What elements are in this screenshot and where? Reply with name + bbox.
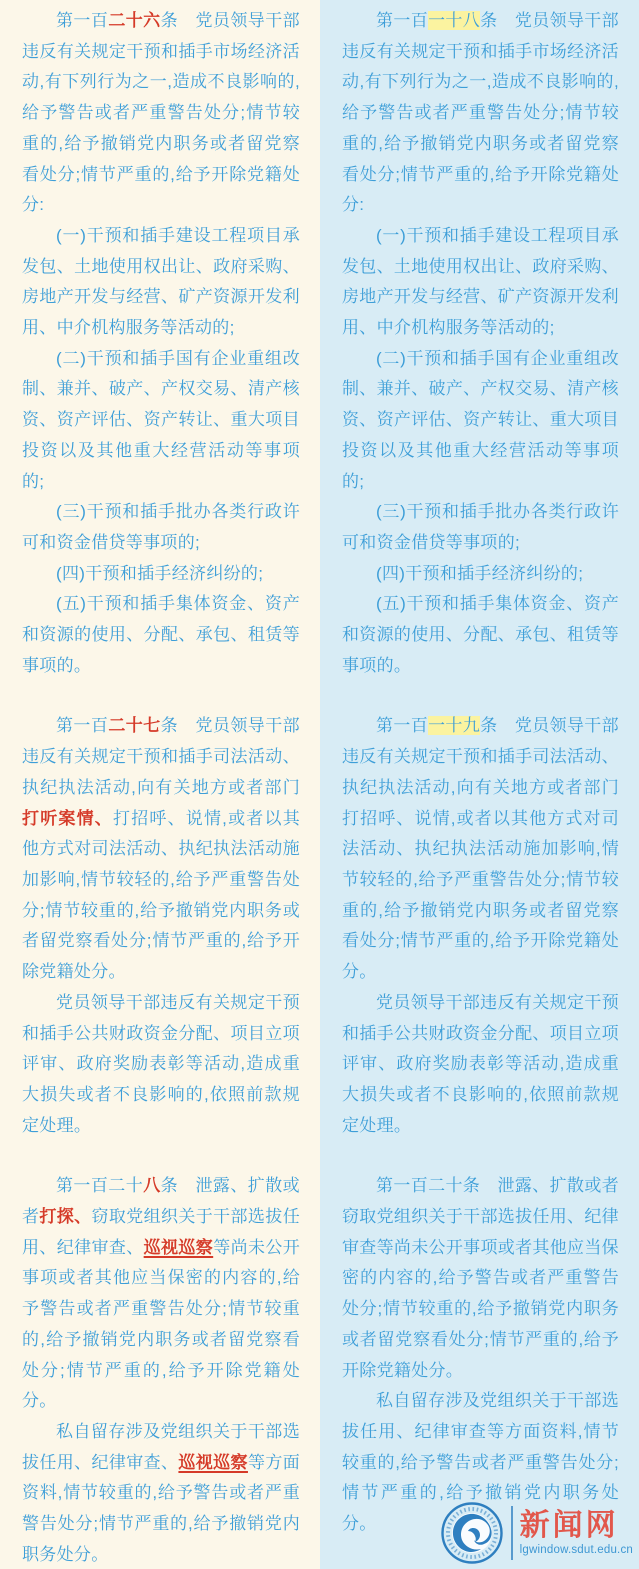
text-run: 条 <box>161 716 196 735</box>
text-run: (一)干预和插手建设工程项目承发包、土地使用权出让、政府采购、房地产开发与经营、… <box>342 226 619 337</box>
text-run: (二)干预和插手国有企业重组改制、兼并、破产、产权交易、清产核资、资产评估、资产… <box>342 349 619 491</box>
red-emphasis-run: 二十七 <box>108 716 160 735</box>
right-column-previous-regulation-text: 新闻网 lgwindow.sdut.edu.cn 第一百一十八条 党员领导干部违… <box>320 0 639 1569</box>
text-run: 条 <box>161 1176 196 1195</box>
watermark-text-block: 新闻网 lgwindow.sdut.edu.cn <box>520 1509 633 1557</box>
red-underlined-emphasis-run: 巡视巡察 <box>178 1453 248 1472</box>
paragraph: (五)干预和插手集体资金、资产和资源的使用、分配、承包、租赁等事项的。 <box>342 589 619 681</box>
paragraph: 第一百二十七条 党员领导干部违反有关规定干预和插手司法活动、执纪执法活动,向有关… <box>22 711 300 987</box>
paragraph: (二)干预和插手国有企业重组改制、兼并、破产、产权交易、清产核资、资产评估、资产… <box>342 344 619 498</box>
paragraph: (三)干预和插手批办各类行政许可和资金借贷等事项的; <box>342 497 619 558</box>
text-run: 党员领导干部违反有关规定干预和插手市场经济活动,有下列行为之一,造成不良影响的,… <box>342 11 619 214</box>
site-name: 新闻网 <box>520 1509 619 1543</box>
text-run: 第一百 <box>56 11 108 30</box>
text-run: 条 <box>161 11 196 30</box>
text-run: 党员领导干部违反有关规定干预和插手司法活动、执纪执法活动,向有关地方或者部门打招… <box>342 716 619 981</box>
paragraph: 私自留存涉及党组织关于干部选拔任用、纪律审查、巡视巡察等方面资料,情节较重的,给… <box>22 1417 300 1569</box>
text-run: 条 <box>480 11 515 30</box>
paragraph: (三)干预和插手批办各类行政许可和资金借贷等事项的; <box>22 497 300 558</box>
red-emphasis-run: 打探、 <box>39 1207 91 1226</box>
yellow-highlight-run: 一十八 <box>428 11 480 30</box>
text-run: 第一百二十 <box>56 1176 143 1195</box>
paragraph: 第一百二十六条 党员领导干部违反有关规定干预和插手市场经济活动,有下列行为之一,… <box>22 6 300 221</box>
text-run: (三)干预和插手批办各类行政许可和资金借贷等事项的; <box>342 502 619 552</box>
yellow-highlight-run: 一十九 <box>428 716 480 735</box>
paragraph: 党员领导干部违反有关规定干预和插手公共财政资金分配、项目立项评审、政府奖励表彰等… <box>22 988 300 1142</box>
paragraph: 第一百一十八条 党员领导干部违反有关规定干预和插手市场经济活动,有下列行为之一,… <box>342 6 619 221</box>
text-run: 党员领导干部违反有关规定干预和插手市场经济活动,有下列行为之一,造成不良影响的,… <box>22 11 300 214</box>
red-emphasis-run: 打听案情、 <box>22 809 113 828</box>
text-run: 第一百 <box>376 716 428 735</box>
red-emphasis-run: 八 <box>143 1176 160 1195</box>
red-underlined-emphasis-run: 巡视巡察 <box>144 1238 214 1257</box>
paragraph: 第一百二十条 泄露、扩散或者窃取党组织关于干部选拔任用、纪律审查等尚未公开事项或… <box>342 1171 619 1386</box>
text-run: (五)干预和插手集体资金、资产和资源的使用、分配、承包、租赁等事项的。 <box>22 594 300 674</box>
university-emblem-icon <box>440 1501 504 1565</box>
paragraph: (二)干预和插手国有企业重组改制、兼并、破产、产权交易、清产核资、资产评估、资产… <box>22 344 300 498</box>
paragraph: (四)干预和插手经济纠纷的; <box>22 559 300 590</box>
text-run: 党员领导干部违反有关规定干预和插手公共财政资金分配、项目立项评审、政府奖励表彰等… <box>22 993 300 1135</box>
text-run: 党员领导干部违反有关规定干预和插手公共财政资金分配、项目立项评审、政府奖励表彰等… <box>342 993 619 1135</box>
paragraph: (五)干预和插手集体资金、资产和资源的使用、分配、承包、租赁等事项的。 <box>22 589 300 681</box>
text-run: 打招呼、说情,或者以其他方式对司法活动、执纪执法活动施加影响,情节较轻的,给予严… <box>22 809 300 982</box>
paragraph: 第一百一十九条 党员领导干部违反有关规定干预和插手司法活动、执纪执法活动,向有关… <box>342 711 619 987</box>
site-url: lgwindow.sdut.edu.cn <box>520 1543 633 1557</box>
text-run: (一)干预和插手建设工程项目承发包、土地使用权出让、政府采购、房地产开发与经营、… <box>22 226 300 337</box>
paragraph: 党员领导干部违反有关规定干预和插手公共财政资金分配、项目立项评审、政府奖励表彰等… <box>342 988 619 1142</box>
text-run: 条 <box>480 716 515 735</box>
text-run: 等尚未公开事项或者其他应当保密的内容的,给予警告或者严重警告处分;情节较重的,给… <box>22 1238 300 1411</box>
paragraph: (一)干预和插手建设工程项目承发包、土地使用权出让、政府采购、房地产开发与经营、… <box>22 221 300 344</box>
text-run: 第一百 <box>56 716 108 735</box>
text-run: (四)干预和插手经济纠纷的; <box>376 564 583 583</box>
paragraph: (一)干预和插手建设工程项目承发包、土地使用权出让、政府采购、房地产开发与经营、… <box>342 221 619 344</box>
watermark-divider <box>511 1506 513 1560</box>
red-emphasis-run: 二十六 <box>108 11 160 30</box>
text-run: (二)干预和插手国有企业重组改制、兼并、破产、产权交易、清产核资、资产评估、资产… <box>22 349 300 491</box>
paragraph: 第一百二十八条 泄露、扩散或者打探、窃取党组织关于干部选拔任用、纪律审查、巡视巡… <box>22 1171 300 1417</box>
text-run: 第一百 <box>376 11 428 30</box>
site-watermark: 新闻网 lgwindow.sdut.edu.cn <box>440 1501 633 1565</box>
text-run: (五)干预和插手集体资金、资产和资源的使用、分配、承包、租赁等事项的。 <box>342 594 619 674</box>
text-run: (四)干预和插手经济纠纷的; <box>56 564 263 583</box>
text-run: (三)干预和插手批办各类行政许可和资金借贷等事项的; <box>22 502 300 552</box>
paragraph: (四)干预和插手经济纠纷的; <box>342 559 619 590</box>
left-column-current-regulation-text: 第一百二十六条 党员领导干部违反有关规定干预和插手市场经济活动,有下列行为之一,… <box>0 0 320 1569</box>
text-run: 第一百二十条 泄露、扩散或者窃取党组织关于干部选拔任用、纪律审查等尚未公开事项或… <box>342 1176 619 1379</box>
